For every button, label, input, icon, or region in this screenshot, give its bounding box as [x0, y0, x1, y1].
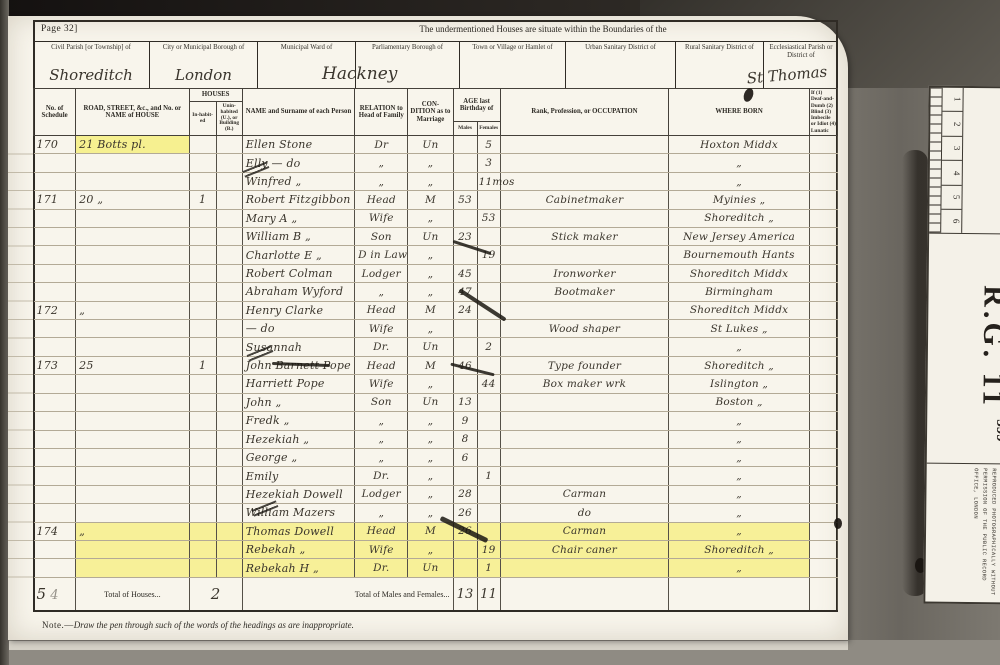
cell-disability [809, 320, 837, 338]
cell-inhabited [189, 283, 216, 301]
cell-occupation: Bootmaker [500, 283, 669, 301]
cell-road [76, 485, 189, 503]
cell-age-female [477, 430, 500, 448]
cell-age-female: 19 [477, 540, 500, 558]
cell-road: 25 [76, 356, 189, 374]
cell-disability [809, 154, 837, 172]
cell-schedule [34, 448, 76, 466]
cell-schedule [34, 412, 76, 430]
cell-relation: Wife [355, 320, 408, 338]
cell-name: Hezekiah Dowell [242, 485, 354, 503]
cell-schedule: 173 [34, 356, 76, 374]
cell-age-male [453, 540, 477, 558]
cell-road [76, 283, 189, 301]
totals-females: 11 [477, 577, 500, 610]
cell-age-male [453, 136, 477, 154]
cell-disability [809, 559, 837, 577]
cell-schedule: 172 [34, 301, 76, 319]
cell-where-born: „ [669, 485, 810, 503]
table-row: John „ Son Un 13 Boston „ [34, 393, 838, 411]
cell-inhabited [189, 209, 216, 227]
cell-occupation: Carman [500, 522, 669, 540]
cell-occupation: do [500, 504, 669, 522]
cell-inhabited [189, 485, 216, 503]
cell-condition: „ [408, 283, 453, 301]
cell-age-female [477, 191, 500, 209]
cell-name: Fredk „ [242, 412, 354, 430]
cell-schedule [34, 467, 76, 485]
cell-uninhabited [216, 228, 242, 246]
cell-relation: „ [355, 172, 408, 190]
cell-age-female [477, 504, 500, 522]
cell-uninhabited [216, 264, 242, 282]
piece-number: 399 [943, 419, 1000, 460]
cell-age-female [477, 485, 500, 503]
cell-where-born: New Jersey America [669, 228, 810, 246]
cell-road [76, 393, 189, 411]
col-age: AGE last Birthday of [453, 89, 500, 122]
table-row: Elly — do „ „ 3 „ [34, 154, 838, 172]
table-row: Mary A „ Wife „ 53 Shoreditch „ [34, 209, 838, 227]
cell-condition: „ [408, 485, 453, 503]
col-relation: RELATION to Head of Family [355, 89, 408, 136]
cell-relation: Wife [355, 540, 408, 558]
cell-condition: „ [408, 540, 453, 558]
cell-disability [809, 172, 837, 190]
col-disability: If (1) Deaf-and-Dumb (2) Blind (3) Imbec… [809, 89, 837, 136]
cell-occupation: Box maker wrk [500, 375, 669, 393]
cell-age-male: 9 [453, 412, 477, 430]
cell-name: Henry Clarke [242, 301, 354, 319]
field-town-village: Town or Village or Hamlet of [460, 42, 566, 88]
cell-age-female [477, 228, 500, 246]
cell-relation: Dr. [355, 559, 408, 577]
cell-uninhabited [216, 485, 242, 503]
totals-males-females-label: Total of Males and Females... [242, 577, 453, 610]
cell-schedule [34, 264, 76, 282]
cell-relation: Head [355, 522, 408, 540]
cell-where-born: „ [669, 172, 810, 190]
cell-condition: „ [408, 246, 453, 264]
cell-schedule [34, 172, 76, 190]
cell-schedule [34, 430, 76, 448]
cell-disability [809, 375, 837, 393]
cell-occupation: Type founder [500, 356, 669, 374]
cell-relation: „ [355, 283, 408, 301]
cell-where-born: Bournemouth Hants [669, 246, 810, 264]
cell-condition: Un [408, 338, 453, 356]
form-top-band: Page 32] The undermentioned Houses are s… [33, 20, 838, 42]
cell-occupation [500, 136, 669, 154]
cell-inhabited [189, 393, 216, 411]
cell-uninhabited [216, 448, 242, 466]
cell-road [76, 375, 189, 393]
ruler-numbers: 1 2 3 4 5 6 [941, 88, 964, 234]
cell-condition: „ [408, 448, 453, 466]
table-row: William B „ Son Un 23 Stick maker New Je… [34, 228, 838, 246]
cell-inhabited [189, 467, 216, 485]
cell-name: Rebekah „ [242, 540, 354, 558]
copyright-notice: COPYRIGHT PHOTOGRAPH — NOT TO BE REPRODU… [925, 463, 1000, 603]
cell-road [76, 540, 189, 558]
handwritten-value: London [150, 66, 257, 84]
cell-occupation [500, 172, 669, 190]
header-fields: Civil Parish [or Township] of Shoreditch… [33, 42, 838, 88]
totals-houses-label: Total of Houses... [76, 577, 189, 610]
table-row: — do Wife „ Wood shaper St Lukes „ [34, 320, 838, 338]
cell-where-born: Shoreditch Middx [669, 264, 810, 282]
cell-road [76, 559, 189, 577]
cell-relation: Head [355, 191, 408, 209]
cell-name: George „ [242, 448, 354, 466]
cell-road [76, 154, 189, 172]
cell-name: Rebekah H „ [242, 559, 354, 577]
cell-uninhabited [216, 246, 242, 264]
table-row: Robert Colman Lodger „ 45 Ironworker Sho… [34, 264, 838, 282]
cell-schedule [34, 209, 76, 227]
cell-age-male [453, 375, 477, 393]
cell-age-female [477, 264, 500, 282]
cell-occupation [500, 559, 669, 577]
cell-inhabited [189, 246, 216, 264]
table-row: Harriett Pope Wife „ 44 Box maker wrk Is… [34, 375, 838, 393]
table-row: 171 20 „ 1 Robert Fitzgibbon Head M 53 C… [34, 191, 838, 209]
cell-road: „ [76, 301, 189, 319]
cell-uninhabited [216, 136, 242, 154]
cell-age-male [453, 172, 477, 190]
cell-uninhabited [216, 301, 242, 319]
cell-road [76, 430, 189, 448]
cell-schedule [34, 283, 76, 301]
cell-disability [809, 209, 837, 227]
cell-age-female [477, 448, 500, 466]
cell-relation: „ [355, 412, 408, 430]
cell-disability [809, 283, 837, 301]
cell-age-male: 13 [453, 393, 477, 411]
cell-occupation [500, 154, 669, 172]
cell-where-born: Islington „ [669, 375, 810, 393]
cell-disability [809, 264, 837, 282]
census-body: 170 21 Botts pl. Ellen Stone Dr Un 5 Hox… [34, 136, 838, 578]
cell-condition: M [408, 191, 453, 209]
cell-occupation [500, 301, 669, 319]
cell-occupation: Chair caner [500, 540, 669, 558]
cell-disability [809, 540, 837, 558]
cell-schedule [34, 559, 76, 577]
cell-where-born: Shoreditch Middx [669, 301, 810, 319]
cell-where-born: „ [669, 338, 810, 356]
scan-edge-bottom-light [8, 641, 848, 650]
cell-relation: „ [355, 430, 408, 448]
cell-age-male [453, 209, 477, 227]
census-table-header: No. of Schedule ROAD, STREET, &c., and N… [34, 89, 838, 136]
cell-name: Winfred „ [242, 172, 354, 190]
cell-inhabited [189, 375, 216, 393]
form-banner-text: The undermentioned Houses are situate wi… [333, 24, 753, 34]
cell-age-female [477, 283, 500, 301]
cell-age-male: 45 [453, 264, 477, 282]
cell-where-born: „ [669, 467, 810, 485]
cell-condition: „ [408, 209, 453, 227]
cell-age-female [477, 393, 500, 411]
cell-inhabited [189, 448, 216, 466]
table-row: 173 25 1 John Barnett Pope Head M 46 Typ… [34, 356, 838, 374]
field-ecclesiastical-parish: Ecclesiastical Parish or District of St … [764, 42, 838, 88]
table-row: William Mazers „ „ 26 do „ [34, 504, 838, 522]
cell-age-female: 44 [477, 375, 500, 393]
cell-inhabited [189, 301, 216, 319]
cell-where-born: „ [669, 430, 810, 448]
cell-occupation: Wood shaper [500, 320, 669, 338]
cell-road: 21 Botts pl. [76, 136, 189, 154]
cell-age-male: 28 [453, 485, 477, 503]
cell-uninhabited [216, 430, 242, 448]
cell-relation: Dr. [355, 467, 408, 485]
cell-schedule [34, 228, 76, 246]
cell-where-born: „ [669, 448, 810, 466]
cell-occupation [500, 393, 669, 411]
cell-where-born: „ [669, 412, 810, 430]
cell-schedule: 174 [34, 522, 76, 540]
cell-road [76, 504, 189, 522]
cell-occupation [500, 467, 669, 485]
cell-condition: „ [408, 320, 453, 338]
cell-schedule [34, 246, 76, 264]
cell-name: Abraham Wyford [242, 283, 354, 301]
page-number: Page 32] [41, 24, 78, 34]
col-where-born: WHERE BORN [669, 89, 810, 136]
cell-condition: M [408, 356, 453, 374]
cell-name: Emily [242, 467, 354, 485]
cell-name: Robert Fitzgibbon [242, 191, 354, 209]
cell-schedule [34, 375, 76, 393]
table-row: Rebekah H „ Dr. Un 1 „ [34, 559, 838, 577]
cell-age-male [453, 154, 477, 172]
cell-relation: Lodger [355, 485, 408, 503]
cell-road [76, 320, 189, 338]
cell-relation: „ [355, 448, 408, 466]
cell-disability [809, 246, 837, 264]
cell-inhabited: 1 [189, 356, 216, 374]
census-table: No. of Schedule ROAD, STREET, &c., and N… [33, 88, 838, 610]
cell-occupation [500, 430, 669, 448]
cell-age-male: 8 [453, 430, 477, 448]
cell-uninhabited [216, 154, 242, 172]
cell-road [76, 209, 189, 227]
totals-houses-count: 54 [34, 577, 76, 610]
cell-road [76, 448, 189, 466]
table-row: Charlotte E „ D in Law „ 19 Bournemouth … [34, 246, 838, 264]
cell-disability [809, 356, 837, 374]
table-row: Hezekiah „ „ „ 8 „ [34, 430, 838, 448]
cell-relation: D in Law [355, 246, 408, 264]
cell-uninhabited [216, 375, 242, 393]
col-houses: HOUSES [189, 89, 242, 102]
cell-where-born: Shoreditch „ [669, 209, 810, 227]
cell-age-female: 53 [477, 209, 500, 227]
cell-inhabited [189, 154, 216, 172]
totals-males: 13 [453, 577, 477, 610]
table-row: Fredk „ „ „ 9 „ [34, 412, 838, 430]
cell-age-female [477, 320, 500, 338]
cell-schedule [34, 504, 76, 522]
handwritten-value: Hackney [316, 64, 459, 84]
cell-schedule [34, 154, 76, 172]
cell-age-male: 53 [453, 191, 477, 209]
cell-occupation: Ironworker [500, 264, 669, 282]
cell-occupation [500, 209, 669, 227]
cell-uninhabited [216, 412, 242, 430]
cell-relation: Wife [355, 375, 408, 393]
col-occupation: Rank, Profession, or OCCUPATION [500, 89, 669, 136]
cell-road [76, 172, 189, 190]
cell-condition: „ [408, 412, 453, 430]
cell-name: — do [242, 320, 354, 338]
cell-uninhabited [216, 356, 242, 374]
cell-uninhabited [216, 172, 242, 190]
cell-inhabited [189, 172, 216, 190]
ink-blot [834, 518, 842, 529]
cell-condition: „ [408, 430, 453, 448]
cell-road [76, 338, 189, 356]
cell-schedule [34, 540, 76, 558]
cell-road [76, 228, 189, 246]
cell-age-female: 3 [477, 154, 500, 172]
cell-age-female: 1 [477, 467, 500, 485]
handwritten-value: Shoreditch [33, 66, 149, 84]
cell-disability [809, 191, 837, 209]
cell-age-female: 1 [477, 559, 500, 577]
cell-schedule [34, 320, 76, 338]
cell-disability [809, 393, 837, 411]
table-row: Abraham Wyford „ „ 47 Bootmaker Birmingh… [34, 283, 838, 301]
cell-condition: „ [408, 264, 453, 282]
cell-age-male: 24 [453, 301, 477, 319]
cell-where-born: Birmingham [669, 283, 810, 301]
table-row: Susannah Dr. Un 2 „ [34, 338, 838, 356]
cell-schedule: 170 [34, 136, 76, 154]
table-row: Winfred „ „ „ 11mos „ [34, 172, 838, 190]
cell-name: John „ [242, 393, 354, 411]
pencil-annotation: 4 [50, 588, 58, 603]
table-row: Hezekiah Dowell Lodger „ 28 Carman „ [34, 485, 838, 503]
cell-relation: Head [355, 356, 408, 374]
field-urban-sanitary: Urban Sanitary District of [566, 42, 676, 88]
cell-condition: Un [408, 136, 453, 154]
cell-inhabited [189, 522, 216, 540]
cell-relation: Wife [355, 209, 408, 227]
table-row: Emily Dr. „ 1 „ [34, 467, 838, 485]
cell-where-born: „ [669, 154, 810, 172]
cell-inhabited [189, 559, 216, 577]
cell-condition: Un [408, 228, 453, 246]
cell-age-female: 11mos [477, 172, 500, 190]
margin-rule-lines [8, 136, 33, 579]
cell-occupation [500, 412, 669, 430]
cell-road [76, 467, 189, 485]
cell-age-male: 6 [453, 448, 477, 466]
cell-occupation [500, 246, 669, 264]
field-civil-parish: Civil Parish [or Township] of Shoreditch [33, 42, 150, 88]
pro-reference-card: 1 2 3 4 5 6 PUBLIC RECORD OFFICE Referen… [923, 86, 1000, 605]
cell-road [76, 264, 189, 282]
cell-uninhabited [216, 540, 242, 558]
cell-disability [809, 338, 837, 356]
table-row: 170 21 Botts pl. Ellen Stone Dr Un 5 Hox… [34, 136, 838, 154]
field-parliamentary-borough: Parliamentary Borough of Hackney [356, 42, 460, 88]
table-row: George „ „ „ 6 „ [34, 448, 838, 466]
totals-houses-value: 2 [189, 577, 242, 610]
cell-age-male [453, 467, 477, 485]
cell-inhabited [189, 228, 216, 246]
cell-relation: Son [355, 228, 408, 246]
cell-age-female: 5 [477, 136, 500, 154]
cell-uninhabited [216, 559, 242, 577]
cell-where-born: Hoxton Middx [669, 136, 810, 154]
cell-relation: Dr [355, 136, 408, 154]
cell-condition: Un [408, 393, 453, 411]
cell-name: Robert Colman [242, 264, 354, 282]
col-schedule: No. of Schedule [34, 89, 76, 136]
cell-condition: „ [408, 154, 453, 172]
cell-condition: Un [408, 559, 453, 577]
cell-disability [809, 467, 837, 485]
table-row: 174 „ Thomas Dowell Head M 26 Carman „ [34, 522, 838, 540]
cell-where-born: „ [669, 559, 810, 577]
cell-inhabited [189, 136, 216, 154]
col-name: NAME and Surname of each Person [242, 89, 354, 136]
field-city-borough: City or Municipal Borough of London [150, 42, 258, 88]
footnote: Note.—Draw the pen through such of the w… [42, 620, 354, 630]
cell-disability [809, 412, 837, 430]
cell-uninhabited [216, 338, 242, 356]
cell-inhabited [189, 504, 216, 522]
cell-name: Hezekiah „ [242, 430, 354, 448]
cell-disability [809, 228, 837, 246]
census-scan-page: Page 32] The undermentioned Houses are s… [0, 0, 1000, 665]
cell-name: Mary A „ [242, 209, 354, 227]
series-number: R.G. 11 [937, 285, 1000, 416]
cell-age-male [453, 320, 477, 338]
census-totals: 54 Total of Houses... 2 Total of Males a… [34, 577, 838, 610]
cell-disability [809, 448, 837, 466]
cell-uninhabited [216, 522, 242, 540]
col-uninhabited: Unin-habited (U.), or Building (B.) [216, 102, 242, 136]
cell-road: 20 „ [76, 191, 189, 209]
cell-occupation [500, 338, 669, 356]
cell-where-born: „ [669, 522, 810, 540]
cell-age-male: 26 [453, 504, 477, 522]
cell-road [76, 246, 189, 264]
cell-name: Ellen Stone [242, 136, 354, 154]
cell-where-born: St Lukes „ [669, 320, 810, 338]
cell-disability [809, 136, 837, 154]
cell-relation: „ [355, 154, 408, 172]
cell-road: „ [76, 522, 189, 540]
cell-schedule [34, 393, 76, 411]
cell-occupation: Stick maker [500, 228, 669, 246]
cell-where-born: „ [669, 504, 810, 522]
cell-inhabited [189, 430, 216, 448]
cell-inhabited [189, 338, 216, 356]
cell-disability [809, 485, 837, 503]
cell-occupation: Carman [500, 485, 669, 503]
cell-where-born: Shoreditch „ [669, 540, 810, 558]
cell-occupation: Cabinetmaker [500, 191, 669, 209]
col-inhabited: In-habit-ed [189, 102, 216, 136]
cell-where-born: Myinies „ [669, 191, 810, 209]
col-age-females: Females [477, 122, 500, 136]
